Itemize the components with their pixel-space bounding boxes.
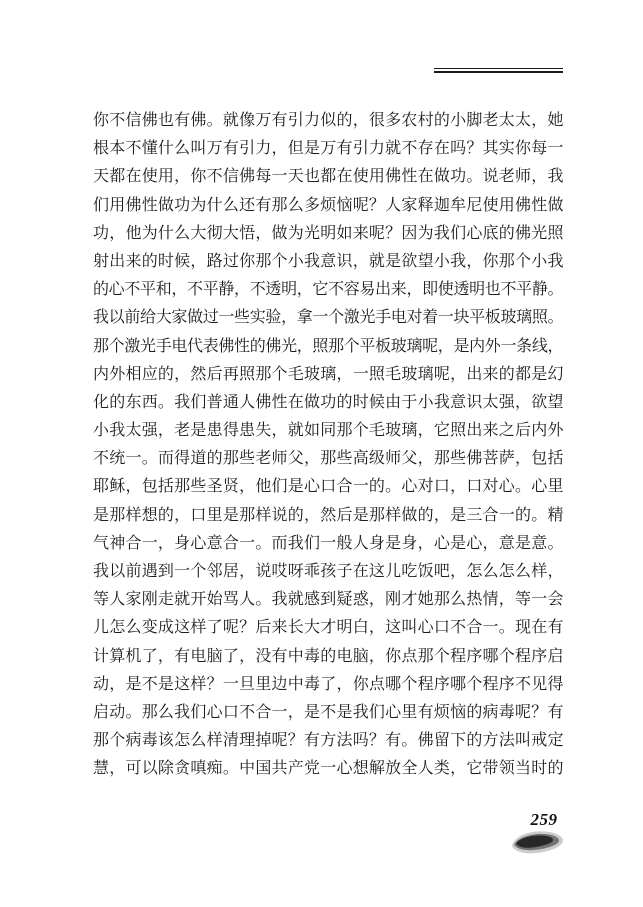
- ink-brush-stroke-icon: [509, 828, 568, 859]
- text-line: 你不信佛也有佛。就像万有引力似的，很多农村的小脚老太太，她: [93, 107, 563, 135]
- text-line: 功，他为什么大彻大悟，做为光明如来呢？因为我们心底的佛光照: [93, 220, 563, 248]
- book-page: 你不信佛也有佛。就像万有引力似的，很多农村的小脚老太太，她 根本不懂什么叫万有引…: [0, 0, 643, 907]
- text-line: 内外相应的，然后再照那个毛玻璃，一照毛玻璃呢，出来的都是幻: [93, 361, 563, 389]
- text-line: 我以前给大家做过一些实验，拿一个激光手电对着一块平板玻璃照。: [93, 304, 563, 332]
- text-line: 根本不懂什么叫万有引力，但是万有引力就不存在吗？其实你每一: [93, 135, 563, 163]
- text-line: 不统一。而得道的那些老师父，那些高级师父，那些佛菩萨，包括: [93, 445, 563, 473]
- text-line: 启动。那么我们心口不合一，是不是我们心里有烦恼的病毒呢？有: [93, 699, 563, 727]
- text-line: 耶稣，包括那些圣贤，他们是心口合一的。心对口，口对心。心里: [93, 473, 563, 501]
- text-line: 等人家刚走就开始骂人。我就感到疑惑，刚才她那么热情，等一会: [93, 586, 563, 614]
- page-number: 259: [526, 810, 562, 830]
- text-line: 们用佛性做功为什么还有那么多烦恼呢？人家释迦牟尼使用佛性做: [93, 192, 563, 220]
- text-line: 那个病毒该怎么样清理掉呢？有方法吗？有。佛留下的方法叫戒定: [93, 727, 563, 755]
- text-line: 动，是不是这样？一旦里边中毒了，你点哪个程序哪个程序不见得: [93, 671, 563, 699]
- text-line: 计算机了，有电脑了，没有中毒的电脑，你点那个程序哪个程序启: [93, 643, 563, 671]
- text-line: 儿怎么变成这样了呢？后来长大才明白，这叫心口不合一。现在有: [93, 614, 563, 642]
- text-line: 的心不平和，不平静，不透明，它不容易出来，即使透明也不平静。: [93, 276, 563, 304]
- text-line: 化的东西。我们普通人佛性在做功的时候由于小我意识太强，欲望: [93, 389, 563, 417]
- text-line: 天都在使用，你不信佛每一天也都在使用佛性在做功。说老师，我: [93, 163, 563, 191]
- text-line: 我以前遇到一个邻居，说哎呀乖孩子在这儿吃饭吧，怎么怎么样，: [93, 558, 563, 586]
- text-line: 小我太强，老是患得患失，就如同那个毛玻璃，它照出来之后内外: [93, 417, 563, 445]
- body-text: 你不信佛也有佛。就像万有引力似的，很多农村的小脚老太太，她 根本不懂什么叫万有引…: [93, 107, 563, 784]
- text-line: 慧，可以除贪嗔痴。中国共产党一心想解放全人类，它带领当时的: [93, 755, 563, 783]
- text-line: 射出来的时候，路过你那个小我意识，就是欲望小我，你那个小我: [93, 248, 563, 276]
- header-double-rule: [434, 68, 563, 73]
- text-line: 那个激光手电代表佛性的佛光，照那个平板玻璃呢，是内外一条线，: [93, 333, 563, 361]
- text-line: 气神合一，身心意合一。而我们一般人身是身，心是心，意是意。: [93, 530, 563, 558]
- text-line: 是那样想的，口里是那样说的，然后是那样做的，是三合一的。精: [93, 502, 563, 530]
